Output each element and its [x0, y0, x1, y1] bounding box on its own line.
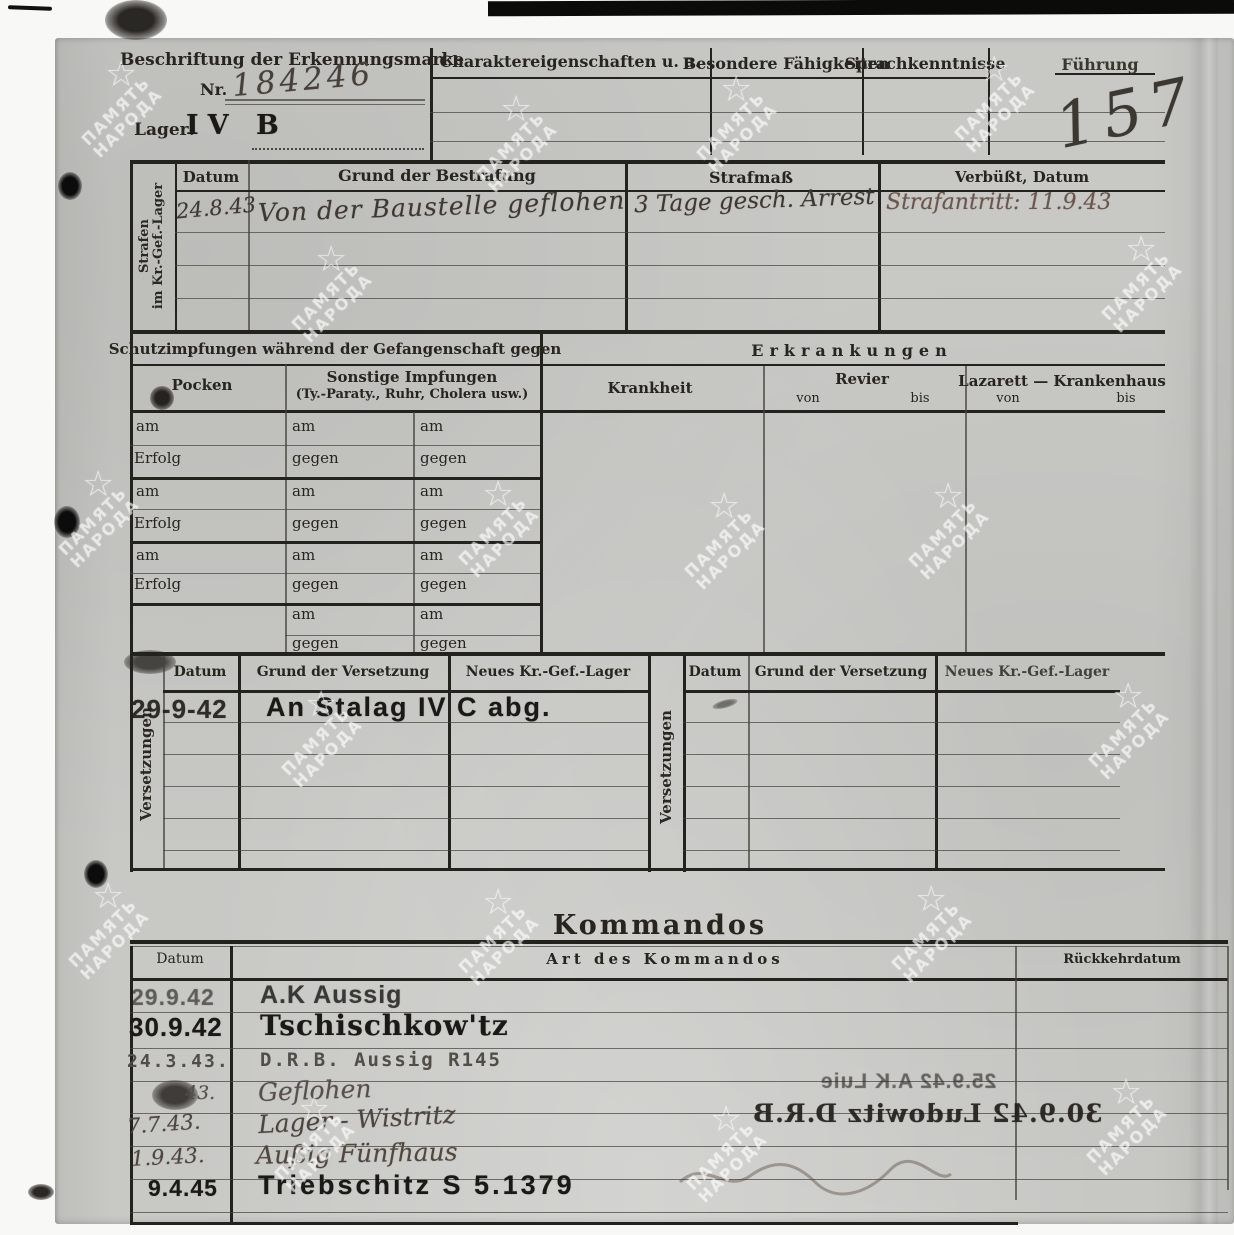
transfers-right-col-datum: Datum [689, 664, 742, 680]
transfer-entry-text-stamp: An Stalag IV C abg. [266, 692, 552, 723]
vacc-cell: am [292, 546, 315, 564]
punishments-col-datum: Datum [183, 168, 239, 186]
rule-line [130, 946, 1228, 947]
rule-line [430, 77, 990, 79]
kommando-row-entry: Geflohen [258, 1074, 372, 1107]
transfers-left-col-neues: Neues Kr.-Gef.-Lager [466, 664, 631, 680]
transfer-entry-date-stamp: 29-9-42 [131, 694, 228, 725]
illnesses-col-revier: Revier [835, 370, 889, 388]
mirrored-stamp-bold: 30.9.42 Ludowitz D.R.B [752, 1099, 1103, 1128]
rule-line [130, 160, 1165, 164]
rule-line [175, 232, 1165, 233]
rule-line [1015, 946, 1017, 1200]
transfers-right-col-grund: Grund der Versetzung [755, 664, 928, 680]
rule-line [252, 148, 424, 150]
vacc-cell: am [292, 605, 315, 623]
vacc-cell: am [420, 605, 443, 623]
rule-line [238, 656, 241, 868]
vacc-cell: gegen [420, 449, 467, 467]
rule-line [130, 603, 540, 606]
rule-line [225, 104, 425, 105]
punishments-side-label: Strafen im Kr.-Gef.-Lager [138, 166, 166, 326]
rule-line [935, 656, 938, 868]
illnesses-col-krankheit: Krankheit [607, 379, 692, 397]
rule-line [130, 477, 540, 480]
kommando-row-date: 24.3.43. [127, 1051, 230, 1072]
punishments-col-grund: Grund der Bestrafung [338, 166, 536, 185]
rule-line [163, 754, 648, 755]
rule-line [163, 850, 648, 851]
punishments-side-line1: Strafen [138, 166, 152, 326]
rule-line [130, 573, 540, 574]
rule-line [648, 654, 651, 872]
punishments-side-line2: im Kr.-Gef.-Lager [152, 166, 166, 326]
vacc-cell: am [292, 417, 315, 435]
vacc-cell: am [136, 417, 159, 435]
vaccinations-col-sonstige: Sonstige Impfungen [327, 368, 498, 386]
kommando-row-date: 30.9.42 [129, 1012, 223, 1043]
vacc-cell: gegen [420, 514, 467, 532]
kommando-row-date: 29.9.42 [131, 984, 215, 1011]
scan-corner-mark [8, 5, 52, 11]
rule-line [448, 656, 451, 868]
mirrored-stamp-faint: 25.9.42 A.K Luie [820, 1070, 996, 1094]
illnesses-lazarett-bis: bis [1116, 391, 1135, 406]
rule-line [413, 412, 415, 654]
rule-line [175, 298, 1165, 299]
vacc-cell: am [136, 546, 159, 564]
rule-line [683, 850, 1120, 851]
rule-line [130, 1212, 1228, 1213]
rule-line [248, 160, 250, 330]
kommandos-col-rueckkehr: Rückkehrdatum [1063, 952, 1180, 967]
transfers-left-col-grund: Grund der Versetzung [257, 664, 430, 680]
transfers-side-label-middle: Versetzungen [657, 677, 675, 857]
rule-line [430, 141, 1165, 142]
rule-line [130, 868, 1165, 871]
ink-blot [28, 1184, 54, 1200]
vacc-cell: gegen [420, 634, 467, 652]
illnesses-revier-von: von [796, 391, 820, 406]
vacc-cell: gegen [292, 634, 339, 652]
kommandos-col-art: Art des Kommandos [546, 950, 783, 968]
rule-line [130, 654, 133, 872]
vacc-cell: gegen [292, 575, 339, 593]
tag-number-label: Nr. [200, 80, 227, 99]
kommando-row-entry: A.K Aussig [260, 981, 402, 1010]
kommando-row-entry: D.R.B. Aussig R145 [260, 1049, 502, 1071]
rule-line [230, 946, 233, 1222]
kommandos-title: Kommandos [553, 910, 767, 941]
rule-line [683, 690, 1120, 693]
vaccinations-col-pocken: Pocken [172, 376, 233, 394]
vacc-cell: Erfolg [134, 575, 181, 593]
punch-hole [58, 172, 82, 200]
ink-blot [150, 386, 174, 410]
punishment-entry-served: Strafantritt: 11.9.43 [886, 190, 1111, 215]
rule-line [965, 366, 967, 654]
rule-line [683, 754, 1120, 755]
illnesses-col-lazarett: Lazarett — Krankenhaus [958, 372, 1166, 390]
rule-line [130, 330, 1165, 334]
character-traits-title: Charaktereigenschaften u. a. [440, 52, 701, 71]
punch-hole [84, 860, 108, 888]
rule-line [683, 722, 1120, 723]
kommando-row-entry: Tschischkow'tz [260, 1009, 509, 1042]
rule-line [175, 265, 1165, 266]
illnesses-lazarett-von: von [996, 391, 1020, 406]
kommando-row-entry: Außig Fünfhaus [256, 1137, 458, 1170]
mirrored-handwriting-mark [675, 1150, 955, 1198]
vacc-cell: am [420, 417, 443, 435]
punishments-col-verbuesst: Verbüßt, Datum [955, 168, 1089, 186]
language-skills-title: Sprachkenntnisse [845, 54, 1006, 73]
rule-line [175, 160, 177, 330]
kommandos-col-datum: Datum [156, 951, 204, 967]
rule-line [130, 160, 133, 334]
illnesses-revier-bis: bis [910, 391, 929, 406]
rule-line [163, 656, 165, 868]
rule-line [130, 334, 133, 654]
rule-line [163, 818, 648, 819]
transfers-right-col-neues: Neues Kr.-Gef.-Lager [945, 664, 1110, 680]
vacc-cell: gegen [292, 449, 339, 467]
kommando-row-date: 43. [185, 1082, 215, 1104]
rule-line [683, 818, 1120, 819]
rule-line [163, 786, 648, 787]
rule-line [683, 786, 1120, 787]
kommando-row-entry: Triebschitz S 5.1379 [258, 1170, 575, 1201]
rule-line [878, 160, 881, 330]
punishments-col-strafmass: Strafmaß [709, 168, 793, 187]
scan-edge-band [488, 0, 1234, 16]
vacc-cell: am [420, 482, 443, 500]
vacc-cell: am [136, 482, 159, 500]
vacc-cell: am [420, 546, 443, 564]
lager-value-stamp: IV B [186, 110, 288, 141]
rule-line [763, 366, 765, 654]
transfers-left-col-datum: Datum [174, 664, 227, 680]
kommando-row-date: 9.4.45 [148, 1175, 218, 1202]
rule-line [540, 334, 543, 654]
rule-line [748, 656, 750, 868]
rule-line [130, 1222, 1018, 1225]
rule-line [130, 541, 540, 544]
scanned-pow-record-card: Beschriftung der Erkennungsmarke Nr. 184… [0, 0, 1234, 1235]
paper-fold-shading [1188, 38, 1218, 1224]
vacc-cell: Erfolg [134, 449, 181, 467]
ink-blot [105, 0, 167, 40]
rule-line [130, 445, 540, 446]
vacc-cell: gegen [420, 575, 467, 593]
rule-line [683, 654, 686, 872]
conduct-title: Führung [1061, 55, 1138, 74]
kommando-row-date: 7.7.43. [126, 1109, 201, 1138]
rule-line [130, 509, 540, 510]
kommando-row-date: 1.9.43. [130, 1143, 205, 1171]
vacc-cell: Erfolg [134, 514, 181, 532]
vacc-cell: am [292, 482, 315, 500]
illnesses-title: Erkrankungen [751, 341, 953, 360]
vacc-cell: gegen [292, 514, 339, 532]
rule-line [625, 160, 628, 330]
rule-line [1227, 946, 1229, 1190]
vaccinations-title: Schutzimpfungen während der Gefangenscha… [109, 340, 562, 358]
vaccinations-col-sonstige-sub: (Ty.-Paraty., Ruhr, Cholera usw.) [296, 387, 529, 402]
punch-hole [54, 506, 80, 538]
